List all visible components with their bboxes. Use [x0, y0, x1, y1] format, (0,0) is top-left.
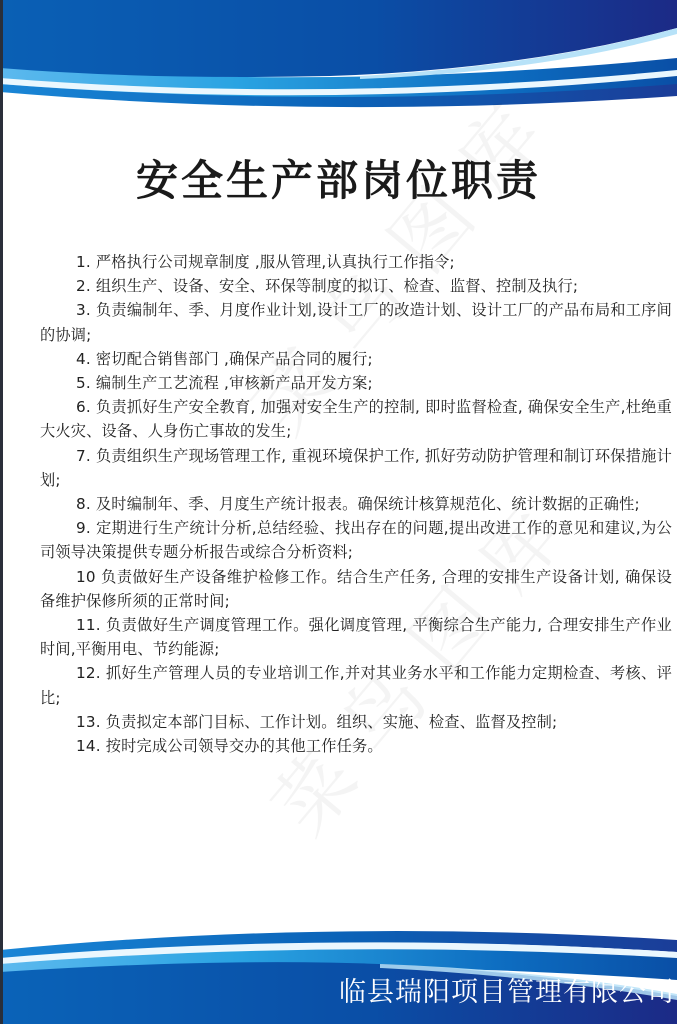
duty-item: 1. 严格执行公司规章制度 ,服从管理,认真执行工作指令;	[40, 250, 672, 274]
duty-item: 10 负责做好生产设备维护检修工作。结合生产任务, 合理的安排生产设备计划, 确…	[40, 565, 672, 613]
header-wave-band	[0, 0, 677, 110]
duty-item: 7. 负责组织生产现场管理工作, 重视环境保护工作, 抓好劳动防护管理和制订环保…	[40, 444, 672, 492]
duty-item: 11. 负责做好生产调度管理工作。强化调度管理, 平衡综合生产能力, 合理安排生…	[40, 613, 672, 661]
duty-item: 3. 负责编制年、季、月度作业计划,设计工厂的改造计划、设计工厂的产品布局和工序…	[40, 298, 672, 346]
duty-item: 12. 抓好生产管理人员的专业培训工作,并对其业务水平和工作能力定期检查、考核、…	[40, 661, 672, 709]
duty-item: 13. 负责拟定本部门目标、工作计划。组织、实施、检查、监督及控制;	[40, 710, 672, 734]
duty-item: 6. 负责抓好生产安全教育, 加强对安全生产的控制, 即时监督检查, 确保安全生…	[40, 395, 672, 443]
duties-list: 1. 严格执行公司规章制度 ,服从管理,认真执行工作指令; 2. 组织生产、设备…	[40, 250, 672, 758]
duty-item: 5. 编制生产工艺流程 ,审核新产品开发方案;	[40, 371, 672, 395]
page-title: 安全生产部岗位职责	[0, 148, 677, 208]
duty-item: 8. 及时编制年、季、月度生产统计报表。确保统计核算规范化、统计数据的正确性;	[40, 492, 672, 516]
left-edge-border	[0, 0, 3, 1024]
duty-item: 2. 组织生产、设备、安全、环保等制度的拟订、检查、监督、控制及执行;	[40, 274, 672, 298]
duty-item: 9. 定期进行生产统计分析,总结经验、找出存在的问题,提出改进工作的意见和建议,…	[40, 516, 672, 564]
duty-item: 4. 密切配合销售部门 ,确保产品合同的履行;	[40, 347, 672, 371]
duty-item: 14. 按时完成公司领导交办的其他工作任务。	[40, 734, 672, 758]
duty-poster: 菜鸟图库 菜鸟图库 安全生产部岗位职责 1. 严格执行公司规章制度 ,服从管理,…	[0, 0, 677, 1024]
company-name: 临县瑞阳项目管理有限公司	[339, 970, 675, 1009]
